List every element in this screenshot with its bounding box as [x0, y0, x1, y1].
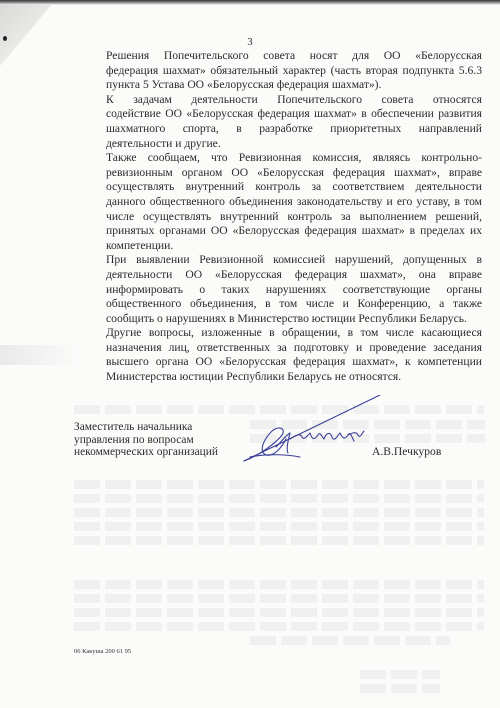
folded-corner: [0, 4, 52, 66]
paragraph-violations: При выявлении Ревизионной комиссией нару…: [74, 253, 482, 326]
paragraph-audit-commission: Также сообщаем, что Ревизионная комиссия…: [74, 151, 482, 253]
text-line: ревизионным органом ОО «Белорусская феде…: [74, 166, 482, 181]
handwritten-signature-icon: [230, 395, 410, 475]
scanned-document-page: 3 Решения Попечительского совета носят д…: [0, 0, 500, 708]
bleed-through-text: [74, 608, 484, 617]
text-line: высшего органа ОО «Белорусская федерация…: [74, 355, 482, 370]
text-line: шахматного спорта, в разработке приорите…: [74, 122, 482, 137]
page-top-edge: [0, 0, 500, 5]
bleed-through-text: [74, 622, 484, 631]
bleed-through-text: [360, 684, 440, 693]
text-line: общественного объединения, в том числе и…: [74, 297, 482, 312]
bleed-through-text: [74, 536, 484, 545]
scan-artifact: [0, 345, 80, 365]
text-line: Министерства юстиции Республики Беларусь…: [74, 370, 482, 385]
text-line: информировать о таких нарушениях соответ…: [74, 283, 482, 298]
bleed-through-text: [360, 670, 440, 679]
bleed-through-text: [74, 494, 484, 503]
text-line: деятельности ОО «Белорусская федерация ш…: [74, 268, 482, 283]
paragraph-trustee-decisions: Решения Попечительского совета носят для…: [74, 49, 482, 93]
paragraph-other-questions: Другие вопросы, изложенные в обращении, …: [74, 326, 482, 384]
executor-contact-note: 06 Какуша 200 61 95: [74, 648, 131, 655]
paragraph-trustee-tasks: К задачам деятельности Попечительского с…: [74, 93, 482, 151]
text-line: принятых органами ОО «Белорусская федера…: [74, 224, 482, 239]
text-line: назначения лиц, ответственных за подгото…: [74, 341, 482, 356]
text-line: К задачам деятельности Попечительского с…: [74, 93, 482, 108]
text-line: федерация шахмат» обязательный характер …: [74, 64, 482, 79]
text-line: сообщить о нарушениях в Министерство юст…: [74, 312, 482, 327]
text-line: При выявлении Ревизионной комиссией нару…: [74, 253, 482, 268]
text-line: Другие вопросы, изложенные в обращении, …: [74, 326, 482, 341]
bleed-through-text: [74, 522, 484, 531]
text-line: числе осуществлять внутренний контроль з…: [74, 210, 482, 225]
text-line: содействие ОО «Белорусская федерация шах…: [74, 107, 482, 122]
bleed-through-text: [74, 480, 484, 489]
bleed-through-text: [74, 594, 484, 603]
text-line: осуществлять внутренний контроль за соот…: [74, 180, 482, 195]
text-line: данного общественного объединения законо…: [74, 195, 482, 210]
bleed-through-text: [74, 508, 484, 517]
text-line: Также сообщаем, что Ревизионная комиссия…: [74, 151, 482, 166]
text-line: компетенции.: [74, 239, 482, 254]
text-line: Решения Попечительского совета носят для…: [74, 49, 482, 64]
text-line: пункта 5 Устава ОО «Белорусская федераци…: [74, 78, 482, 93]
page-number: 3: [0, 37, 500, 48]
bleed-through-text: [250, 636, 450, 645]
text-line: деятельности и другие.: [74, 137, 482, 152]
bleed-through-text: [74, 580, 484, 589]
letter-body: Решения Попечительского совета носят для…: [74, 49, 482, 385]
